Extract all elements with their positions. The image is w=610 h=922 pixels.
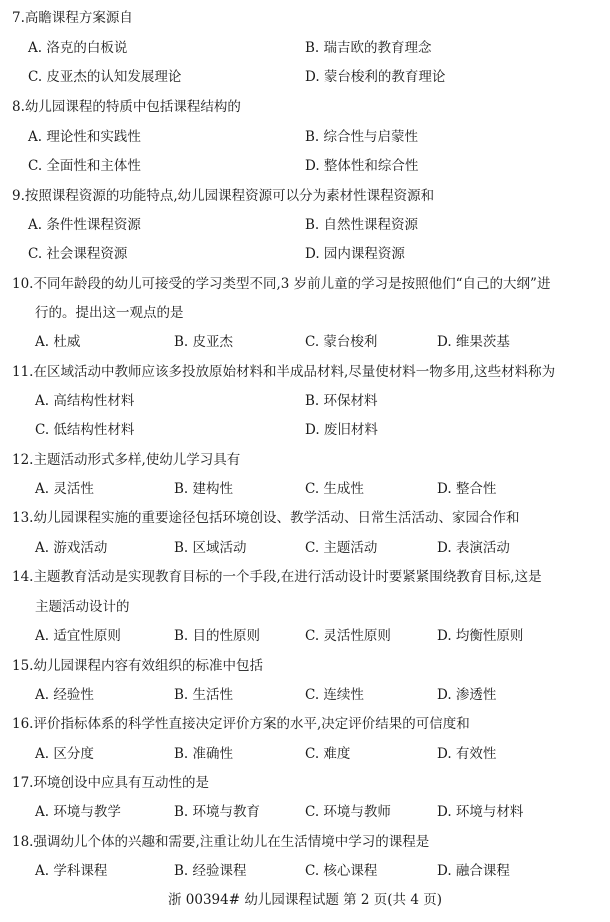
- option-a: A. 条件性课程资源: [28, 211, 141, 240]
- question-text: 强调幼儿个体的兴趣和需要,注重让幼儿在生活情境中学习的课程是: [33, 834, 429, 850]
- option-c: C. 连续性: [305, 681, 364, 710]
- option-b: B. 生活性: [174, 681, 233, 710]
- question-14: 14.主题教育活动是实现教育目标的一个手段,在进行活动设计时要紧紧围绕教育目标,…: [12, 563, 542, 592]
- page-footer: 浙 00394# 幼儿园课程试题 第 2 页(共 4 页): [0, 886, 610, 915]
- option-c: C. 皮亚杰的认知发展理论: [28, 63, 181, 92]
- option-d: D. 整合性: [437, 475, 496, 504]
- option-b: B. 准确性: [174, 740, 233, 769]
- option-a: A. 灵活性: [35, 475, 94, 504]
- option-d: D. 蒙台梭利的教育理论: [305, 63, 445, 92]
- question-text: 环境创设中应具有互动性的是: [33, 775, 209, 791]
- option-a: A. 经验性: [35, 681, 94, 710]
- option-c: C. 社会课程资源: [28, 240, 127, 269]
- question-number: 8.: [12, 99, 25, 115]
- question-number: 16.: [12, 716, 33, 732]
- option-c: C. 核心课程: [305, 857, 377, 886]
- question-number: 9.: [12, 188, 25, 204]
- option-d: D. 环境与材料: [437, 798, 523, 827]
- option-a: A. 游戏活动: [35, 534, 107, 563]
- option-a: A. 环境与教学: [35, 798, 121, 827]
- question-18: 18.强调幼儿个体的兴趣和需要,注重让幼儿在生活情境中学习的课程是: [12, 828, 429, 857]
- question-9: 9.按照课程资源的功能特点,幼儿园课程资源可以分为素材性课程资源和: [12, 182, 434, 211]
- question-text: 主题教育活动是实现教育目标的一个手段,在进行活动设计时要紧紧围绕教育目标,这是: [33, 569, 541, 585]
- option-d: D. 有效性: [437, 740, 496, 769]
- option-a: A. 学科课程: [35, 857, 107, 886]
- question-text: 高瞻课程方案源自: [25, 10, 133, 26]
- option-d: D. 园内课程资源: [305, 240, 405, 269]
- question-text: 幼儿园课程实施的重要途径包括环境创设、教学活动、日常生活活动、家园合作和: [33, 510, 519, 526]
- option-d: D. 维果茨基: [437, 328, 510, 357]
- option-b: B. 建构性: [174, 475, 233, 504]
- option-d: D. 均衡性原则: [437, 622, 523, 651]
- question-text: 评价指标体系的科学性直接决定评价方案的水平,决定评价结果的可信度和: [33, 716, 469, 732]
- question-8: 8.幼儿园课程的特质中包括课程结构的: [12, 93, 241, 122]
- question-text: 幼儿园课程的特质中包括课程结构的: [25, 99, 241, 115]
- question-number: 15.: [12, 658, 33, 674]
- option-b: B. 目的性原则: [174, 622, 260, 651]
- question-text: 在区域活动中教师应该多投放原始材料和半成品材料,尽量使材料一物多用,这些材料称为: [33, 364, 555, 380]
- option-c: C. 全面性和主体性: [28, 152, 141, 181]
- option-b: B. 自然性课程资源: [305, 211, 418, 240]
- option-a: A. 杜威: [35, 328, 80, 357]
- option-a: A. 区分度: [35, 740, 94, 769]
- question-13: 13.幼儿园课程实施的重要途径包括环境创设、教学活动、日常生活活动、家园合作和: [12, 504, 519, 533]
- option-b: B. 经验课程: [174, 857, 247, 886]
- option-d: D. 表演活动: [437, 534, 510, 563]
- option-d: D. 整体性和综合性: [305, 152, 418, 181]
- question-14-continued: 主题活动设计的: [35, 593, 130, 622]
- question-number: 12.: [12, 452, 33, 468]
- question-17: 17.环境创设中应具有互动性的是: [12, 769, 209, 798]
- option-c: C. 灵活性原则: [305, 622, 391, 651]
- question-number: 18.: [12, 834, 33, 850]
- option-d: D. 渗透性: [437, 681, 496, 710]
- option-b: B. 综合性与启蒙性: [305, 123, 418, 152]
- question-number: 14.: [12, 569, 33, 585]
- option-a: A. 洛克的白板说: [28, 34, 127, 63]
- question-number: 17.: [12, 775, 33, 791]
- option-b: B. 环保材料: [305, 387, 378, 416]
- question-10: 10.不同年龄段的幼儿可接受的学习类型不同,3 岁前儿童的学习是按照他们“自己的…: [12, 270, 550, 299]
- question-number: 11.: [12, 364, 33, 380]
- option-c: C. 低结构性材料: [35, 416, 134, 445]
- option-b: B. 环境与教育: [174, 798, 260, 827]
- question-number: 10.: [12, 276, 33, 292]
- question-10-continued: 行的。提出这一观点的是: [35, 299, 184, 328]
- question-15: 15.幼儿园课程内容有效组织的标准中包括: [12, 652, 263, 681]
- question-16: 16.评价指标体系的科学性直接决定评价方案的水平,决定评价结果的可信度和: [12, 710, 470, 739]
- question-text: 按照课程资源的功能特点,幼儿园课程资源可以分为素材性课程资源和: [25, 188, 434, 204]
- option-c: C. 难度: [305, 740, 350, 769]
- option-a: A. 理论性和实践性: [28, 123, 141, 152]
- option-a: A. 适宜性原则: [35, 622, 121, 651]
- option-c: C. 主题活动: [305, 534, 377, 563]
- question-7: 7.高瞻课程方案源自: [12, 4, 133, 33]
- question-text: 幼儿园课程内容有效组织的标准中包括: [33, 658, 263, 674]
- question-number: 13.: [12, 510, 33, 526]
- option-c: C. 环境与教师: [305, 798, 391, 827]
- exam-page: 7.高瞻课程方案源自 A. 洛克的白板说 B. 瑞吉欧的教育理念 C. 皮亚杰的…: [0, 0, 610, 922]
- option-a: A. 高结构性材料: [35, 387, 134, 416]
- option-b: B. 皮亚杰: [174, 328, 233, 357]
- option-b: B. 区域活动: [174, 534, 247, 563]
- question-number: 7.: [12, 10, 25, 26]
- question-11: 11.在区域活动中教师应该多投放原始材料和半成品材料,尽量使材料一物多用,这些材…: [12, 358, 555, 387]
- option-d: D. 废旧材料: [305, 416, 378, 445]
- option-b: B. 瑞吉欧的教育理念: [305, 34, 432, 63]
- option-c: C. 生成性: [305, 475, 364, 504]
- question-text: 不同年龄段的幼儿可接受的学习类型不同,3 岁前儿童的学习是按照他们“自己的大纲”…: [33, 276, 550, 292]
- question-text: 主题活动形式多样,使幼儿学习具有: [33, 452, 240, 468]
- question-12: 12.主题活动形式多样,使幼儿学习具有: [12, 446, 240, 475]
- option-c: C. 蒙台梭利: [305, 328, 377, 357]
- option-d: D. 融合课程: [437, 857, 510, 886]
